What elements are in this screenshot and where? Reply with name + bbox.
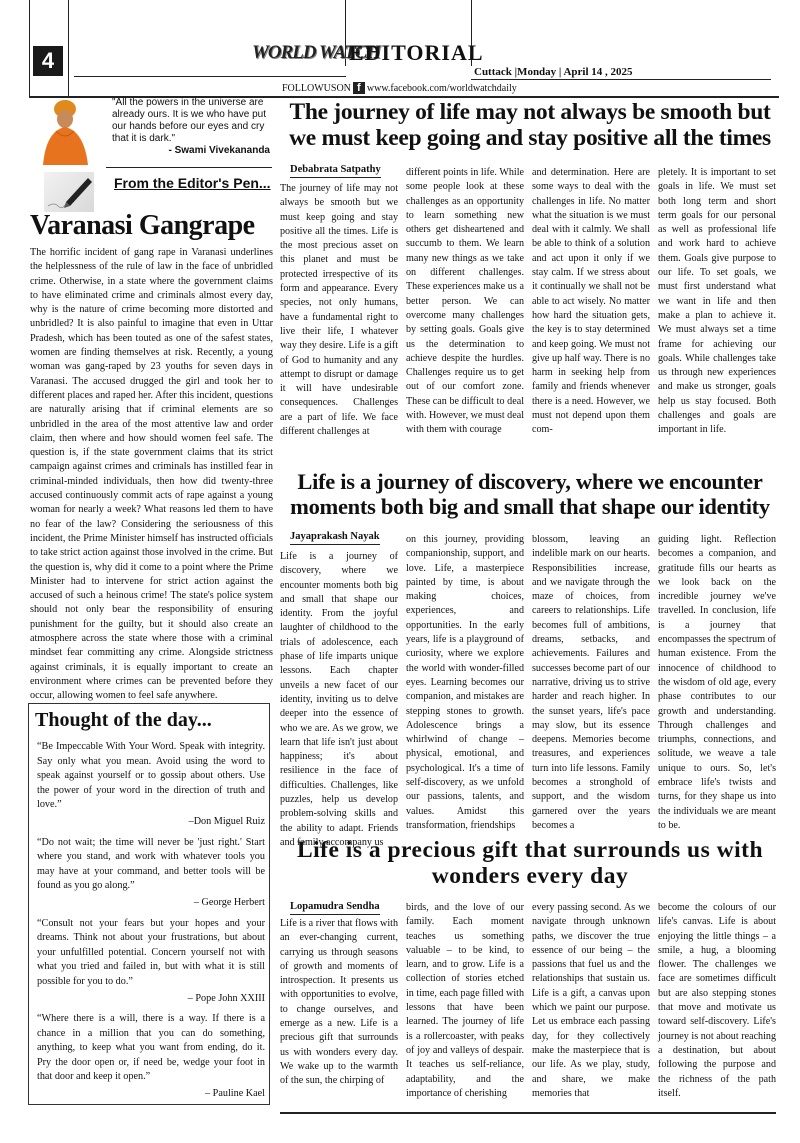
article-3-column: every passing second. As we navigate thr… (532, 901, 650, 1101)
article-1-headline: The journey of life may not always be sm… (280, 100, 780, 152)
article-2-column: Life is a journey of discovery, where we… (280, 550, 398, 850)
article-3-body: Life is a river that flows with an ever-… (280, 917, 776, 1101)
thought-quote: “Do not wait; the time will never be 'ju… (37, 836, 265, 894)
thought-of-the-day-box: Thought of the day... “Be Impeccable Wit… (28, 703, 270, 1105)
article-2-headline: Life is a journey of discovery, where we… (280, 470, 780, 520)
follow-label: FOLLOWUSON (282, 83, 351, 94)
editors-pen-label: From the Editor's Pen... (114, 175, 271, 191)
article-2-body: Life is a journey of discovery, where we… (280, 550, 776, 850)
article-1-body: The journey of life may not always be sm… (280, 182, 776, 439)
editorial-title: Varanasi Gangrape (30, 210, 255, 242)
facebook-icon: f (353, 82, 365, 94)
leader-quote: "All the powers in the universe are alre… (112, 97, 270, 157)
thought-quote: “Where there is a will, there is a way. … (37, 1012, 265, 1085)
thought-author: – George Herbert (37, 896, 265, 911)
article-1-column: The journey of life may not always be sm… (280, 182, 398, 439)
article-3-byline: Lopamudra Sendha (290, 901, 380, 915)
article-3-column: become the colours of our life's canvas.… (658, 901, 776, 1101)
thought-author: – Pope John XXIII (37, 992, 265, 1007)
article-2-column: guiding light. Reflection becomes a comp… (658, 533, 776, 850)
header-rule-right (471, 79, 771, 80)
article-3-column: Life is a river that flows with an ever-… (280, 917, 398, 1101)
facebook-link[interactable]: www.facebook.com/worldwatchdaily (367, 83, 517, 94)
article-2-column: blossom, leaving an indelible mark on ou… (532, 533, 650, 850)
thought-item: “Where there is a will, there is a way. … (37, 1012, 265, 1102)
header-frame-left (29, 0, 30, 97)
page-bottom-rule (280, 1112, 776, 1114)
thought-author: –Don Miguel Ruiz (37, 815, 265, 830)
thought-item: “Consult not your fears but your hopes a… (37, 917, 265, 1007)
thought-item: “Be Impeccable With Your Word. Speak wit… (37, 740, 265, 830)
swami-vivekananda-portrait (38, 97, 93, 165)
thought-item: “Do not wait; the time will never be 'ju… (37, 836, 265, 911)
thought-list: “Be Impeccable With Your Word. Speak wit… (37, 740, 265, 1108)
thought-quote: “Consult not your fears but your hopes a… (37, 917, 265, 990)
quote-rule (106, 167, 272, 168)
thought-quote: “Be Impeccable With Your Word. Speak wit… (37, 740, 265, 813)
header-frame-divider (68, 0, 69, 97)
leader-quote-text: "All the powers in the universe are alre… (112, 97, 270, 145)
follow-bar: FOLLOWUSON f www.facebook.com/worldwatch… (282, 82, 517, 94)
article-3-headline: Life is a precious gift that surrounds u… (280, 838, 780, 890)
article-1-column: different points in life. While some peo… (406, 166, 524, 439)
thought-author: – Pauline Kael (37, 1087, 265, 1102)
dateline: Cuttack |Monday | April 14 , 2025 (474, 66, 633, 78)
fountain-pen-icon (44, 172, 94, 212)
article-2-byline: Jayaprakash Nayak (290, 531, 380, 545)
article-1-byline: Debabrata Satpathy (290, 164, 381, 178)
thought-title: Thought of the day... (35, 709, 212, 732)
editorial-body: The horrific incident of gang rape in Va… (30, 246, 273, 704)
leader-quote-author: - Swami Vivekananda (112, 145, 270, 157)
page-number: 4 (33, 46, 63, 76)
section-title: EDITORIAL (349, 40, 484, 66)
article-1-column: and determination. Here are some ways to… (532, 166, 650, 439)
article-1-column: pletely. It is important to set goals in… (658, 166, 776, 439)
header-rule-left (74, 76, 346, 77)
article-3-column: birds, and the love of our family. Each … (406, 901, 524, 1101)
article-2-column: on this journey, providing companionship… (406, 533, 524, 850)
